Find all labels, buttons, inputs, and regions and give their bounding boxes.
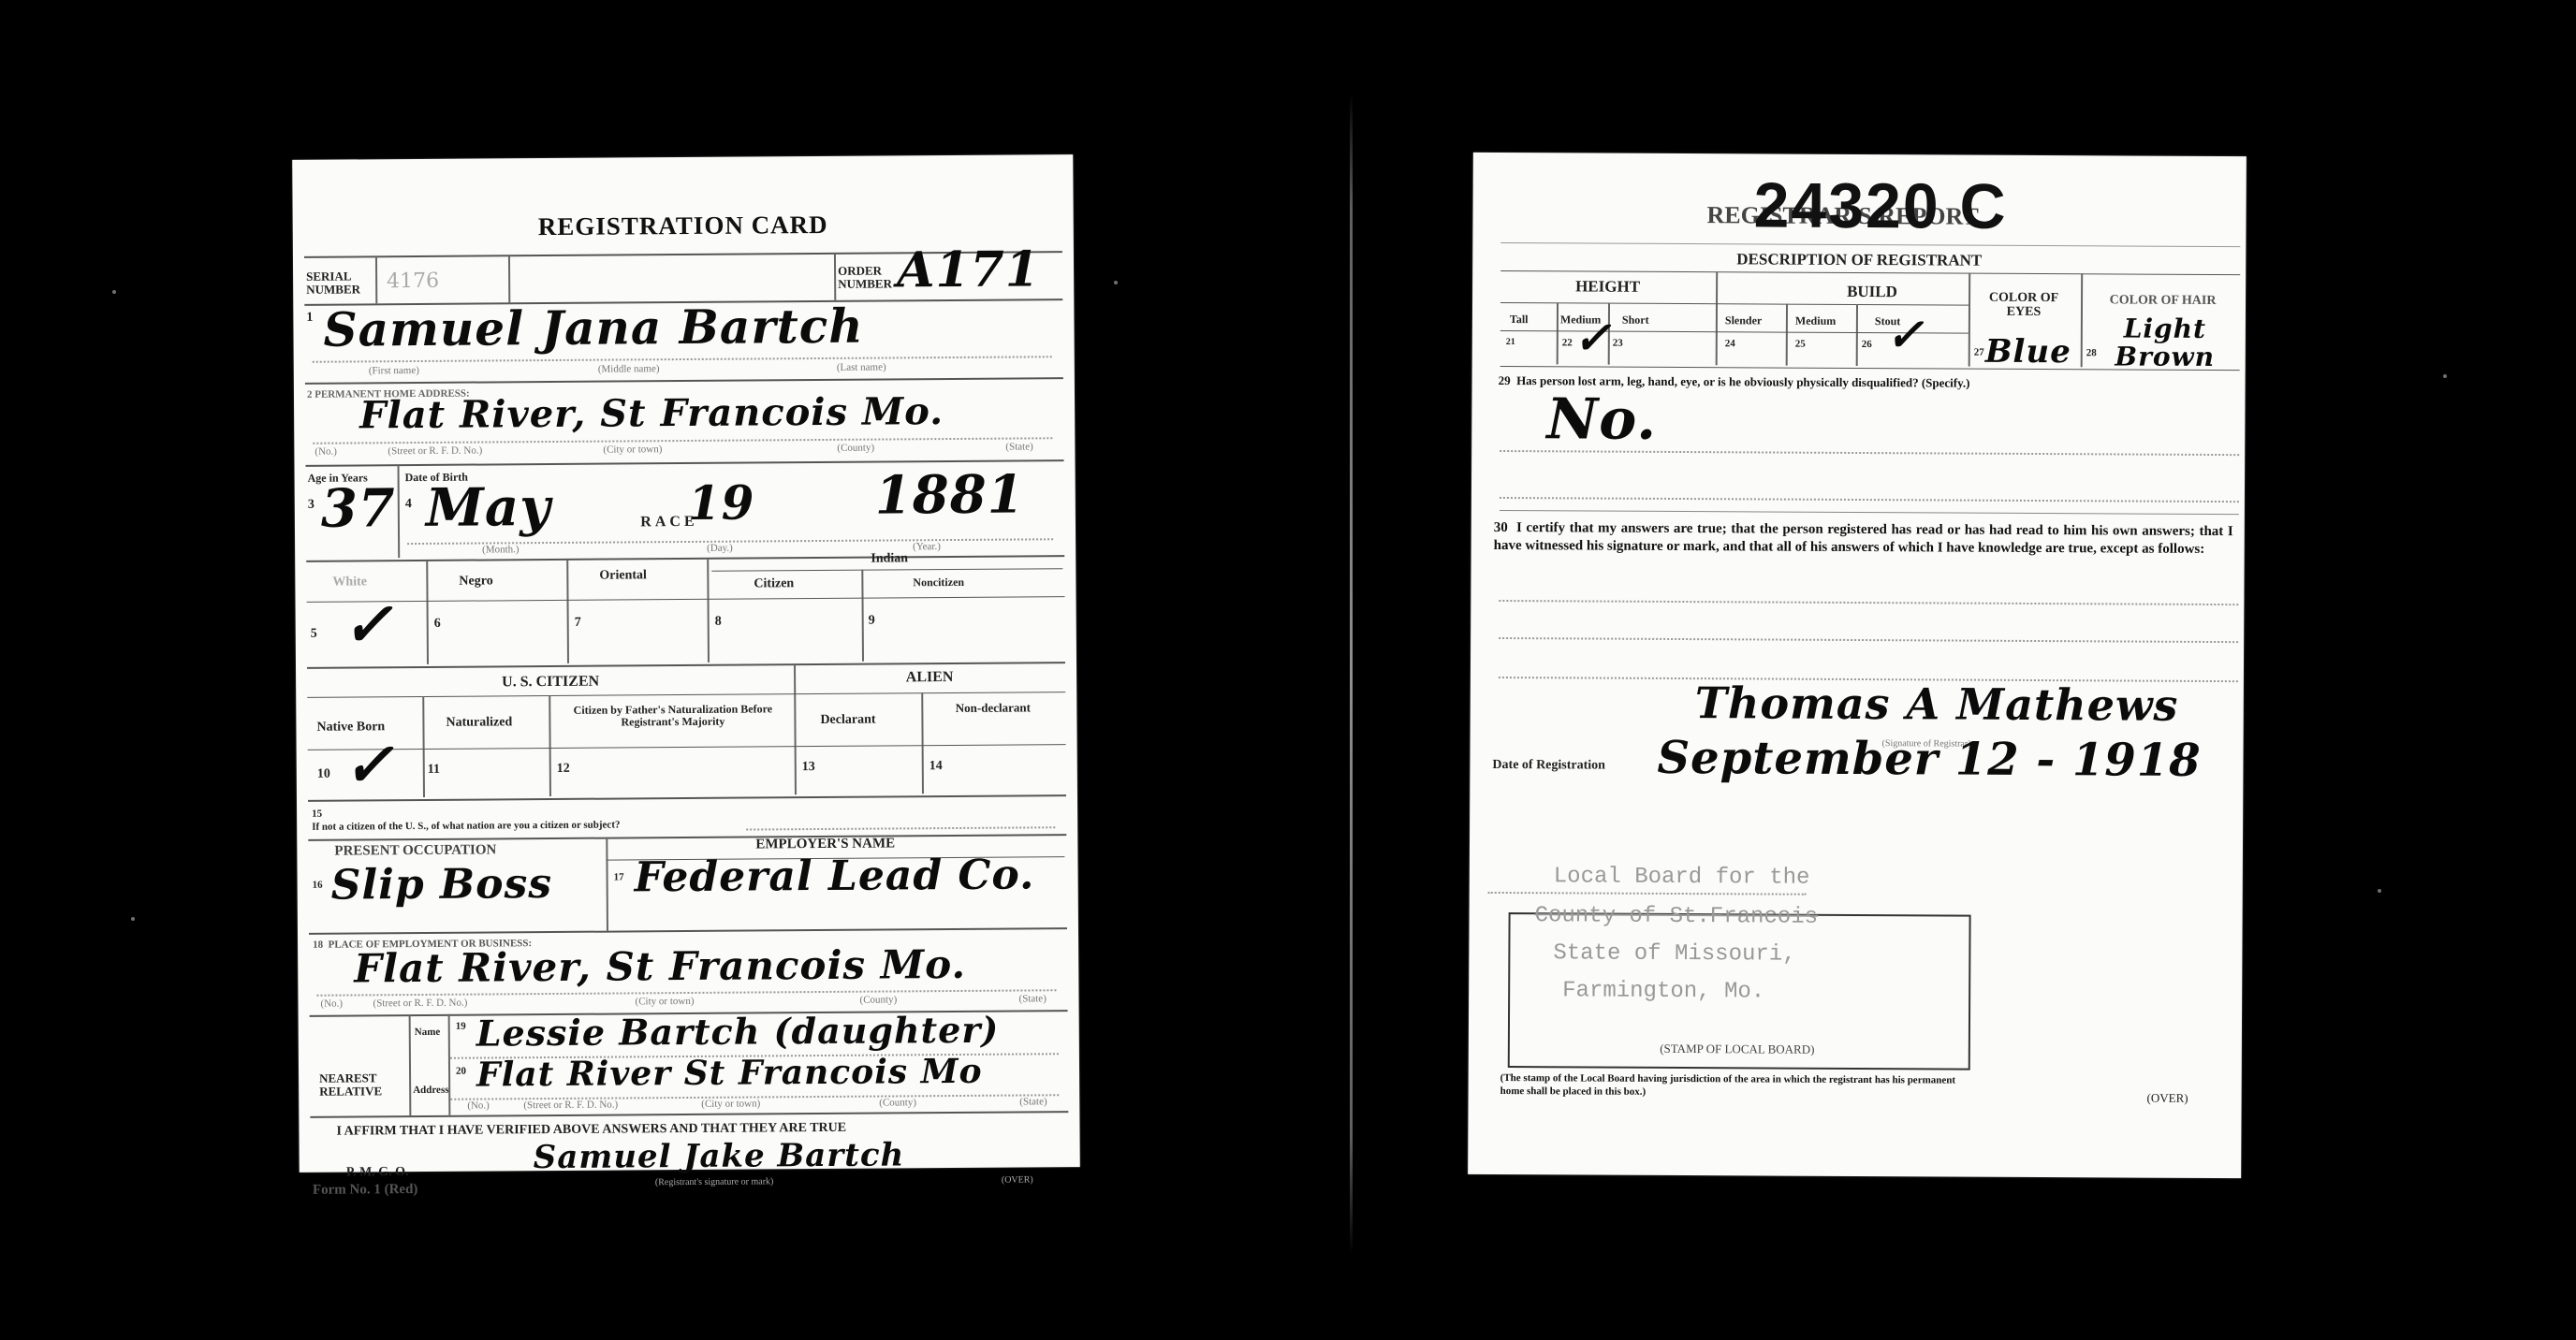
- height-medium-check-mark: ✓: [1573, 312, 1613, 364]
- field-number: 1: [306, 312, 313, 326]
- dob-month: May: [426, 476, 551, 539]
- field-number: 11: [428, 764, 440, 778]
- caption: (Street or R. F. D. No.): [388, 445, 482, 458]
- field-number: 25: [1795, 340, 1806, 351]
- serial-number-value: 4176: [387, 269, 439, 293]
- form-line-2: Form No. 1 (Red): [313, 1183, 418, 1199]
- field-number: 22: [1562, 338, 1573, 349]
- registrar-signature: Thomas A Mathews: [1695, 677, 2179, 731]
- relative-name-label: Name: [415, 1027, 441, 1039]
- signature-caption: (Registrant's signature or mark): [655, 1176, 774, 1187]
- occupation-value: Slip Boss: [330, 860, 552, 910]
- declarant-label: Declarant: [820, 714, 875, 728]
- film-speck: [2378, 889, 2381, 893]
- field-number: 16: [313, 881, 323, 892]
- relative-name-value: Lessie Bartch (daughter): [476, 1009, 1000, 1055]
- dob-year: 1881: [875, 463, 1025, 526]
- registration-card-back: REGISTRAR'S REPORT 24320 C DESCRIPTION O…: [1468, 153, 2247, 1178]
- nationality-question: If not a citizen of the U. S., of what n…: [312, 820, 620, 833]
- race-check-mark: ✓: [342, 590, 393, 660]
- build-slender-label: Slender: [1725, 314, 1762, 327]
- field-number: 26: [1862, 340, 1872, 351]
- employer-label: EMPLOYER'S NAME: [755, 837, 895, 852]
- field-number: 5: [311, 628, 317, 642]
- form-line-1: P. M. G. O.: [346, 1166, 409, 1180]
- height-label: HEIGHT: [1575, 278, 1640, 295]
- film-speck: [2443, 374, 2447, 378]
- registration-card-front: REGISTRATION CARD SERIAL NUMBER 4176 ORD…: [292, 154, 1080, 1172]
- relative-address-value: Flat River St Francois Mo: [476, 1052, 983, 1095]
- eye-color-label: COLOR OF EYES: [1972, 292, 2075, 320]
- field-number: 20: [456, 1067, 466, 1078]
- last-name-caption: (Last name): [837, 362, 886, 373]
- nondeclarant-label: Non-declarant: [925, 701, 1061, 715]
- field-number: 23: [1613, 339, 1623, 350]
- relative-address-label: Address: [413, 1085, 448, 1097]
- field-number: 4: [405, 498, 412, 512]
- stamped-number: 24320 C: [1753, 168, 2007, 242]
- registrant-signature: Samuel Jake Bartch: [534, 1136, 905, 1176]
- field-number: 6: [434, 618, 441, 632]
- stamp-line: Local Board for the: [1554, 864, 1810, 890]
- disability-answer: No.: [1546, 386, 1657, 453]
- race-negro-label: Negro: [459, 575, 492, 589]
- field-number: 15: [312, 809, 322, 821]
- caption: (City or town): [701, 1098, 760, 1109]
- employment-place-value: Flat River, St Francois Mo.: [354, 941, 966, 992]
- field-number: 17: [614, 872, 624, 883]
- stamp-line: Farmington, Mo.: [1562, 978, 1764, 1004]
- age-value: 37: [321, 477, 396, 540]
- field-number: 14: [929, 760, 943, 774]
- field-number: 13: [802, 761, 815, 775]
- caption: (No.): [315, 446, 337, 458]
- native-born-check-mark: ✓: [343, 730, 394, 800]
- height-short-label: Short: [1622, 314, 1649, 327]
- film-speck: [1114, 281, 1118, 284]
- caption: (State): [1005, 441, 1032, 452]
- certification-text: 30 I certify that my answers are true; t…: [1494, 519, 2233, 559]
- stamp-footnote: (The stamp of the Local Board having jur…: [1500, 1071, 1978, 1100]
- caption: (Day.): [707, 543, 733, 554]
- field-number: 27: [1974, 348, 1984, 359]
- caption: (County): [859, 994, 897, 1005]
- caption: (County): [837, 443, 874, 454]
- field-number: 9: [869, 615, 875, 629]
- caption: (City or town): [603, 444, 662, 455]
- caption: (State): [1018, 993, 1046, 1004]
- race-indian-label: Indian: [716, 551, 1062, 567]
- order-number-value: A171: [897, 240, 1040, 299]
- caption: (Year.): [913, 541, 941, 552]
- page-divider: [1350, 94, 1353, 1254]
- height-tall-label: Tall: [1510, 313, 1529, 326]
- naturalized-label: Naturalized: [446, 716, 512, 730]
- caption: (No.): [467, 1100, 490, 1111]
- caption: (County): [879, 1097, 916, 1108]
- serial-number-label: SERIAL NUMBER: [306, 269, 372, 296]
- over-caption: (OVER): [2147, 1092, 2188, 1105]
- build-label: BUILD: [1847, 284, 1897, 300]
- field-number: 7: [575, 617, 581, 631]
- alien-title: ALIEN: [794, 669, 1065, 687]
- race-indian-noncitizen-label: Noncitizen: [913, 576, 964, 589]
- registrant-name: Samuel Jana Bartch: [323, 299, 863, 357]
- caption: (Street or R. F. D. No.): [523, 1100, 618, 1112]
- build-stout-check-mark: ✓: [1886, 309, 1925, 361]
- field-number: 8: [715, 616, 722, 630]
- build-medium-label: Medium: [1795, 315, 1836, 328]
- description-title: DESCRIPTION OF REGISTRANT: [1472, 250, 2246, 270]
- stamp-line: State of Missouri,: [1553, 940, 1795, 967]
- race-white-label: White: [332, 575, 367, 590]
- field-number: 12: [557, 763, 570, 777]
- us-citizen-title: U. S. CITIZEN: [307, 673, 794, 692]
- middle-name-caption: (Middle name): [598, 363, 660, 374]
- hair-color-label: COLOR OF HAIR: [2086, 294, 2240, 309]
- field-number: 10: [317, 768, 330, 782]
- card-title: REGISTRATION CARD: [293, 209, 1074, 243]
- field-number: 21: [1506, 338, 1515, 348]
- caption: (Street or R. F. D. No.): [373, 998, 467, 1010]
- caption: (No.): [320, 998, 343, 1010]
- home-address-value: Flat River, St Francois Mo.: [359, 389, 944, 437]
- film-speck: [131, 917, 135, 921]
- hair-color-value: Light Brown: [2090, 314, 2240, 371]
- stamp-line: County of St.Francois: [1535, 903, 1819, 930]
- field-number: 3: [308, 499, 315, 513]
- field-number: 19: [456, 1022, 466, 1033]
- race-indian-citizen-label: Citizen: [754, 577, 794, 591]
- order-number-label: ORDER NUMBER: [838, 264, 894, 290]
- film-speck: [112, 290, 116, 294]
- caption: (City or town): [635, 996, 694, 1007]
- race-oriental-label: Oriental: [599, 569, 647, 583]
- race-title: RACE: [576, 514, 763, 531]
- caption: (State): [1019, 1096, 1046, 1107]
- caption: (Month.): [482, 544, 520, 555]
- eye-color-value: Blue: [1985, 333, 2071, 371]
- father-naturalization-label: Citizen by Father's Naturalization Befor…: [553, 703, 792, 728]
- occupation-label: PRESENT OCCUPATION: [334, 843, 496, 859]
- stamp-caption: (STAMP OF LOCAL BOARD): [1508, 1041, 1967, 1056]
- employer-value: Federal Lead Co.: [634, 851, 1034, 901]
- first-name-caption: (First name): [369, 365, 419, 376]
- over-caption: (OVER): [1002, 1174, 1033, 1185]
- field-number: 24: [1725, 339, 1735, 350]
- registration-date-label: Date of Registration: [1492, 759, 1605, 773]
- nearest-relative-label: NEAREST RELATIVE: [319, 1071, 385, 1098]
- registration-date-value: September 12 - 1918: [1657, 732, 2201, 787]
